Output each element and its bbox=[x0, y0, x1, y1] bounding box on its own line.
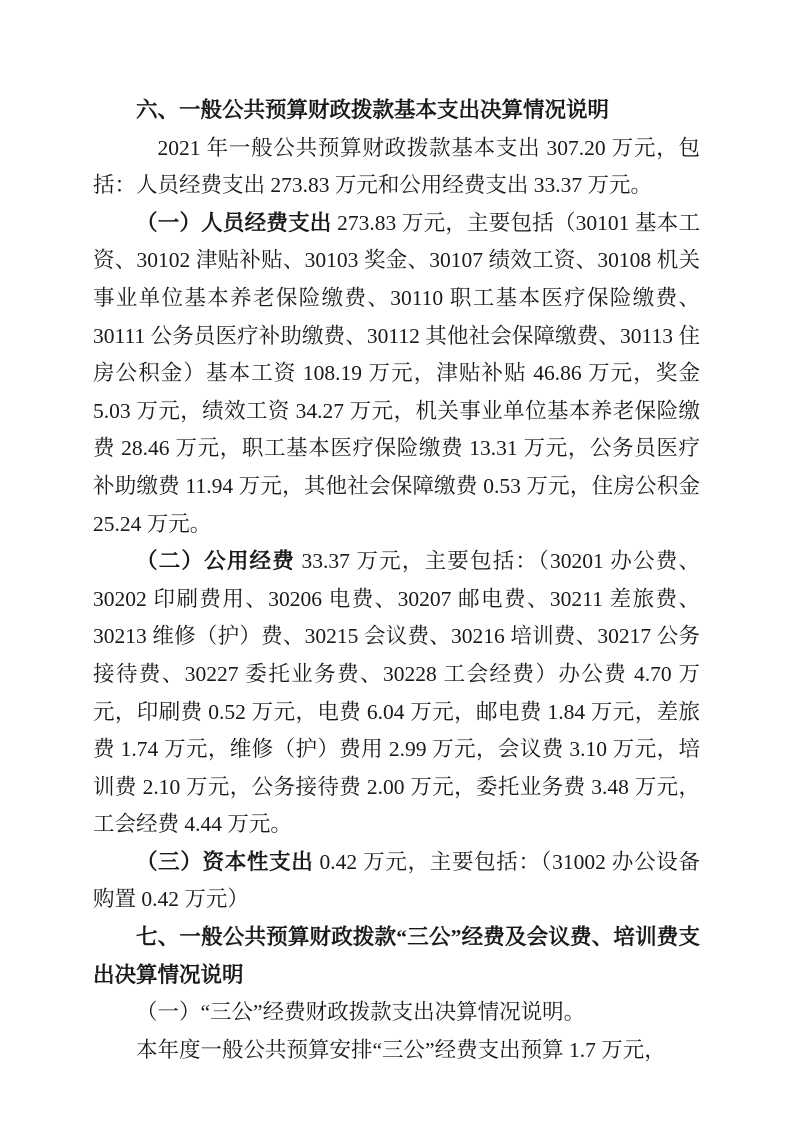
public-funds-lead: （二）公用经费 bbox=[136, 549, 295, 573]
capital-expense-lead: （三）资本性支出 bbox=[136, 850, 313, 874]
section-6-heading: 六、一般公共预算财政拨款基本支出决算情况说明 bbox=[93, 92, 700, 130]
document-page: 六、一般公共预算财政拨款基本支出决算情况说明 2021 年一般公共预算财政拨款基… bbox=[0, 0, 793, 1122]
personnel-expense-text: 273.83 万元，主要包括（30101 基本工资、30102 津贴补贴、301… bbox=[93, 211, 700, 536]
section-6-overview-paragraph: 2021 年一般公共预算财政拨款基本支出 307.20 万元，包括：人员经费支出… bbox=[93, 130, 700, 205]
capital-expense-paragraph: （三）资本性支出 0.42 万元，主要包括：（31002 办公设备购置 0.42… bbox=[93, 844, 700, 919]
section-7-body-paragraph: 本年度一般公共预算安排“三公”经费支出预算 1.7 万元， bbox=[93, 1032, 700, 1070]
section-7-heading: 七、一般公共预算财政拨款“三公”经费及会议费、培训费支出决算情况说明 bbox=[93, 919, 700, 994]
public-funds-paragraph: （二）公用经费 33.37 万元，主要包括：（30201 办公费、30202 印… bbox=[93, 543, 700, 844]
personnel-expense-paragraph: （一）人员经费支出 273.83 万元，主要包括（30101 基本工资、3010… bbox=[93, 205, 700, 543]
personnel-expense-lead: （一）人员经费支出 bbox=[136, 211, 332, 235]
public-funds-text: 33.37 万元，主要包括：（30201 办公费、30202 印刷费用、3020… bbox=[93, 549, 700, 836]
section-7-sub-heading: （一）“三公”经费财政拨款支出决算情况说明。 bbox=[93, 994, 700, 1032]
